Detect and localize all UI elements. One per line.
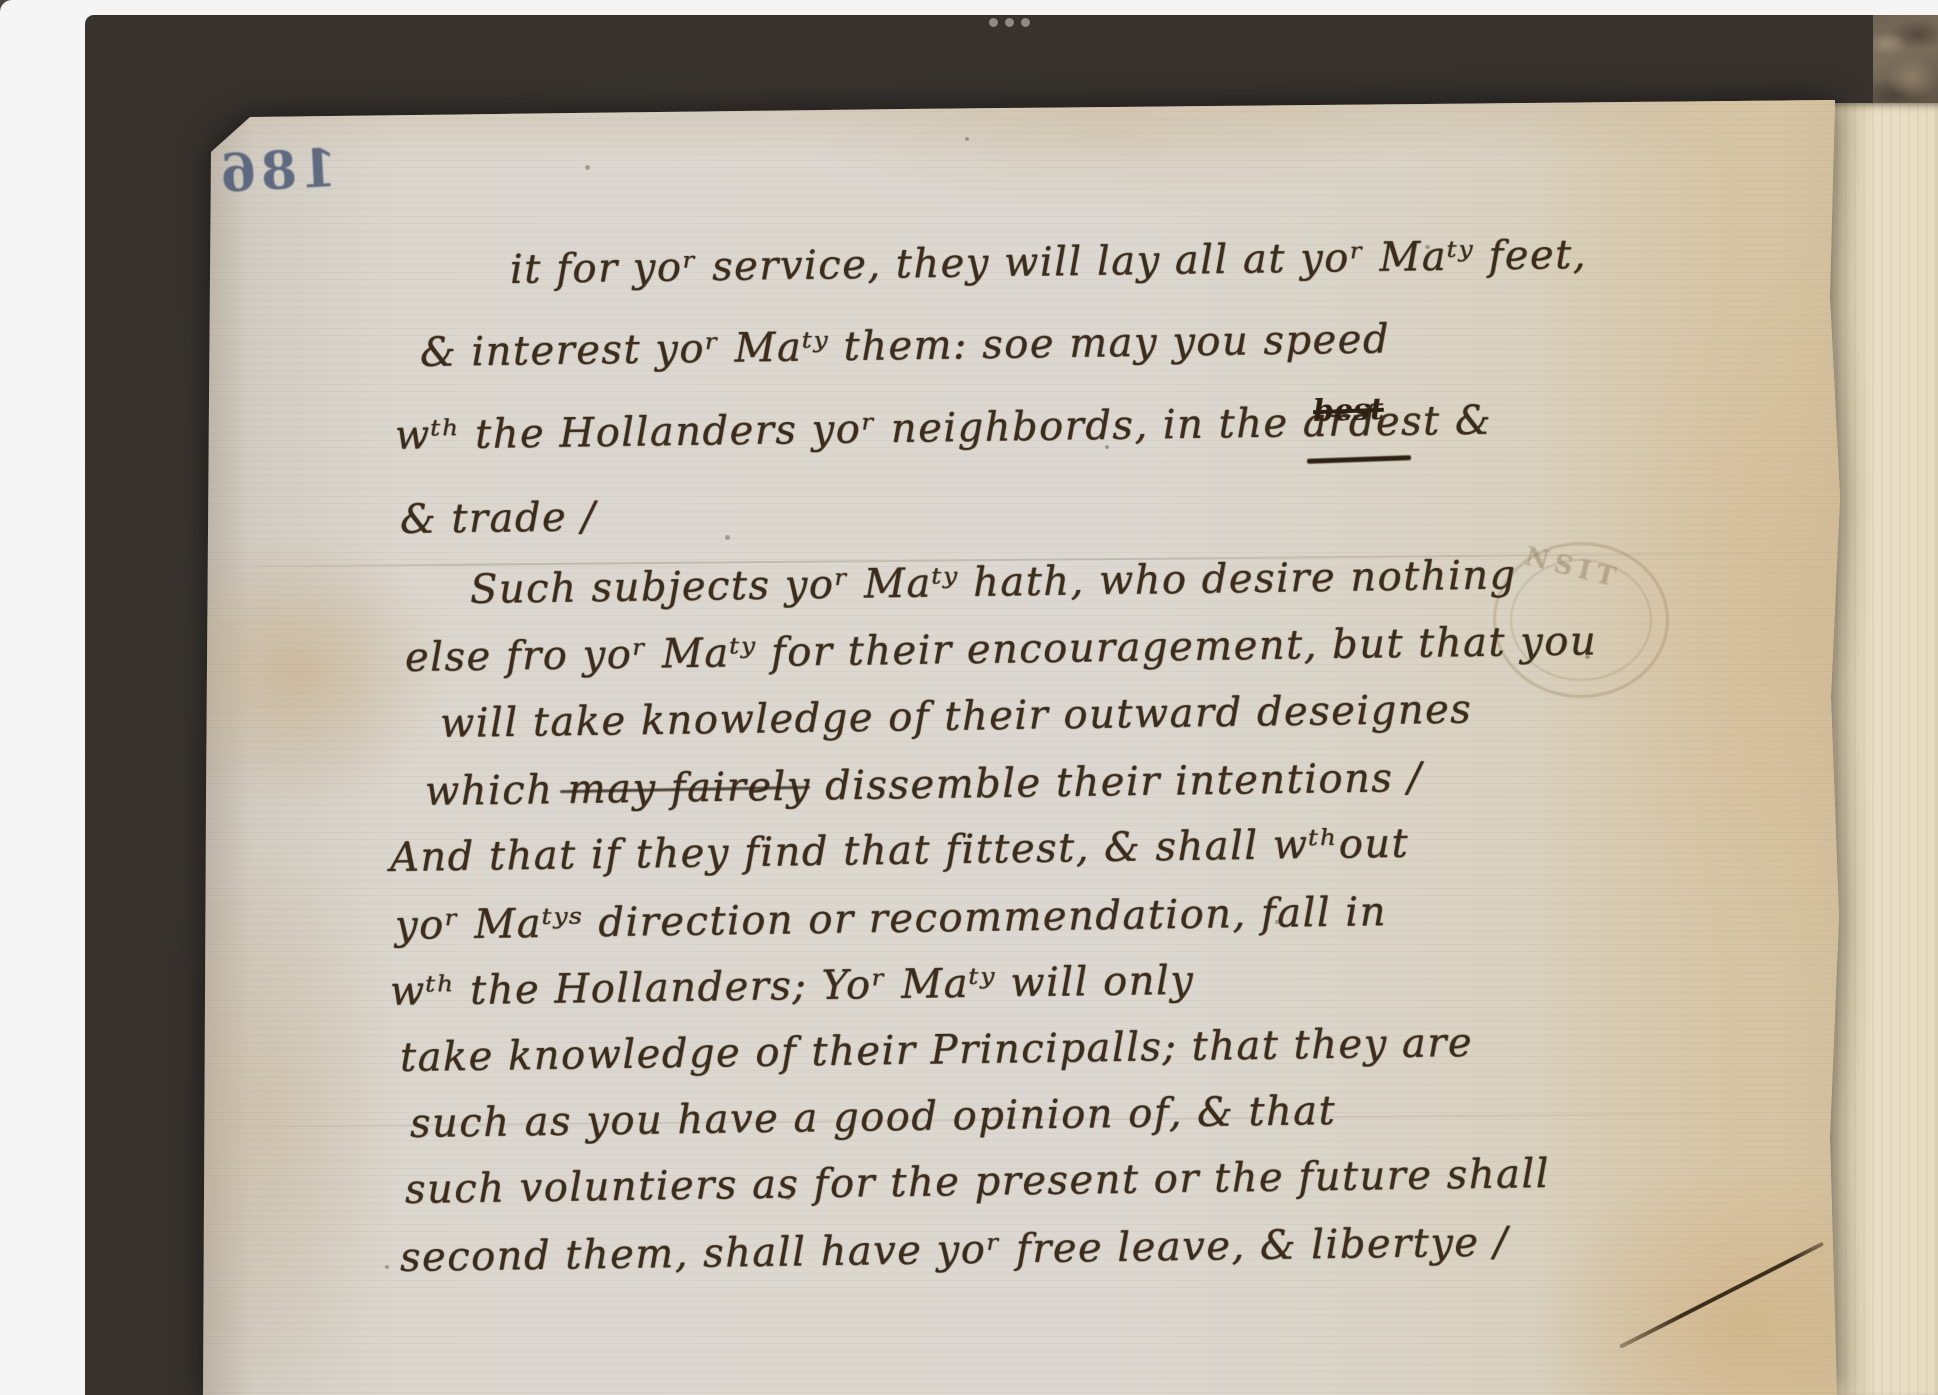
viewer-window: 186 NSIT it for yoʳ service, they w xyxy=(0,0,1938,1395)
manuscript-line: & interest yoʳ Maᵗʸ them: soe may you sp… xyxy=(420,316,1391,376)
strikethrough-mark xyxy=(1307,455,1411,464)
dot-icon xyxy=(1005,18,1014,27)
manuscript-line: else fro yoʳ Maᵗʸ for their encouragemen… xyxy=(405,618,1598,681)
manuscript-line: & trade / xyxy=(400,494,597,543)
inserted-word-strikethrough: best xyxy=(1312,392,1384,429)
manuscript-line: take knowledge of their Principalls; tha… xyxy=(400,1020,1474,1081)
manuscript-line: will take knowledge of their outward des… xyxy=(440,687,1473,747)
manuscript-line: which may fairely dissemble their intent… xyxy=(425,755,1423,815)
manuscript-line: And that if they find that fittest, & sh… xyxy=(390,821,1410,881)
manuscript-line: such voluntiers as for the present or th… xyxy=(405,1151,1551,1213)
dot-icon xyxy=(1021,18,1030,27)
manuscript-photograph: 186 NSIT it for yoʳ service, they w xyxy=(85,15,1938,1395)
dot-icon xyxy=(989,18,998,27)
handwriting-layer: it for yoʳ service, they will lay all at… xyxy=(85,15,1938,1395)
manuscript-line: yoʳ Maᵗʸˢ direction or recommendation, f… xyxy=(395,889,1388,949)
manuscript-line: second them, shall have yoʳ free leave, … xyxy=(400,1220,1509,1281)
manuscript-line: Such subjects yoʳ Maᵗʸ hath, who desire … xyxy=(470,552,1517,613)
manuscript-line: it for yoʳ service, they will lay all at… xyxy=(510,232,1588,293)
manuscript-line: wᵗʰ the Hollanders; Yoʳ Maᵗʸ will only xyxy=(390,958,1195,1015)
manuscript-line: such as you have a good opinion of, & th… xyxy=(410,1088,1337,1147)
more-options-icon[interactable] xyxy=(989,18,1030,27)
pen-flourish-slash xyxy=(1619,1242,1824,1349)
